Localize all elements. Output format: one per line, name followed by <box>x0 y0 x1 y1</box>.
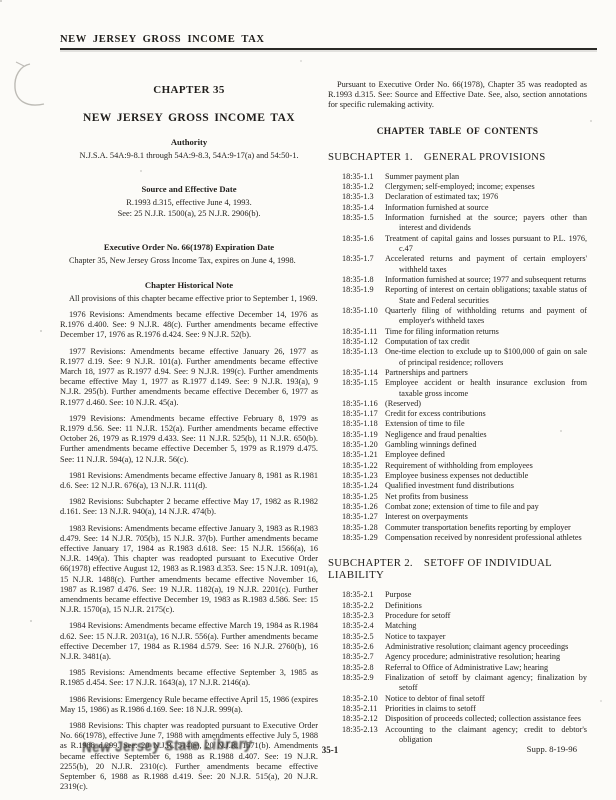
document-page: NEW JERSEY GROSS INCOME TAX CHAPTER 35 N… <box>0 0 616 800</box>
toc-entry-number: 18:35-2.9 <box>342 673 382 694</box>
toc-entry-label: Interest on overpayments <box>382 512 587 522</box>
toc-entry-label: (Reserved) <box>382 399 587 409</box>
page-footer: New Jersey State Library 35-1 Supp. 8-19… <box>0 736 616 770</box>
toc-entry-label: Procedure for setoff <box>382 611 587 621</box>
toc-entry: 18:35-2.2 Definitions <box>328 601 587 611</box>
toc-entry-number: 18:35-1.13 <box>342 347 382 368</box>
toc-entry-label: Notice to taxpayer <box>382 632 587 642</box>
historical-paragraph: 1977 Revisions: Amendments became effect… <box>60 347 318 408</box>
toc-entry-number: 18:35-2.7 <box>342 652 382 662</box>
toc-entry-label: Administrative resolution; claimant agen… <box>382 642 587 652</box>
toc-entry-label: Quarterly filing of withholding returns … <box>382 306 587 327</box>
toc-entry: 18:35-1.11 Time for filing information r… <box>328 327 587 337</box>
historical-note-paragraphs: All provisions of this chapter became ef… <box>60 294 318 793</box>
toc-entry-number: 18:35-2.11 <box>342 704 382 714</box>
toc-entry-label: Requirement of withholding from employee… <box>382 461 587 471</box>
subchapter-1-number: SUBCHAPTER 1. <box>328 151 413 163</box>
subchapter-1-heading: SUBCHAPTER 1.GENERAL PROVISIONS <box>328 151 587 163</box>
toc-entry: 18:35-1.10 Quarterly filing of withholdi… <box>328 306 587 327</box>
toc-entry: 18:35-1.9 Reporting of interest on certa… <box>328 285 587 306</box>
toc-entry-number: 18:35-1.5 <box>342 213 382 234</box>
toc-entry-label: Information furnished at source <box>382 203 587 213</box>
toc-entry: 18:35-1.22 Requirement of withholding fr… <box>328 461 587 471</box>
toc-entry-number: 18:35-2.12 <box>342 714 382 724</box>
historical-paragraph: All provisions of this chapter became ef… <box>60 294 318 304</box>
subchapter-2-entries: 18:35-2.1 Purpose 18:35-2.2 Definitions … <box>328 590 587 745</box>
historical-paragraph: 1981 Revisions: Amendments became effect… <box>60 471 318 491</box>
toc-entry-number: 18:35-2.2 <box>342 601 382 611</box>
toc-entry-label: Combat zone; extension of time to file a… <box>382 502 587 512</box>
toc-entry: 18:35-1.26 Combat zone; extension of tim… <box>328 502 587 512</box>
toc-entry-label: Purpose <box>382 590 587 600</box>
toc-entry-label: Extension of time to file <box>382 419 587 429</box>
toc-entry-number: 18:35-1.26 <box>342 502 382 512</box>
toc-entry-label: Compensation received by nonresident pro… <box>382 533 587 543</box>
toc-entry-label: One-time election to exclude up to $100,… <box>382 347 587 368</box>
toc-entry-label: Finalization of setoff by claimant agenc… <box>382 673 587 694</box>
toc-entry-number: 18:35-1.17 <box>342 409 382 419</box>
toc-entry-label: Reporting of interest on certain obligat… <box>382 285 587 306</box>
exec-order-text: Chapter 35, New Jersey Gross Income Tax,… <box>60 256 318 266</box>
toc-entry-label: Matching <box>382 621 587 631</box>
toc-entry-label: Agency procedure; administrative resolut… <box>382 652 587 662</box>
toc-entry-number: 18:35-1.14 <box>342 368 382 378</box>
toc-entry: 18:35-1.21 Employee defined <box>328 450 587 460</box>
subchapter-1-entries: 18:35-1.1 Summer payment plan 18:35-1.2 … <box>328 172 587 544</box>
toc-entry: 18:35-2.7 Agency procedure; administrati… <box>328 652 587 662</box>
toc-entry-number: 18:35-1.15 <box>342 378 382 399</box>
toc-entry-label: Accelerated returns and payment of certa… <box>382 254 587 275</box>
supplement-date: Supp. 8-19-96 <box>527 744 577 754</box>
toc-entry-number: 18:35-1.1 <box>342 172 382 182</box>
toc-entry-number: 18:35-2.3 <box>342 611 382 621</box>
toc-entry-number: 18:35-1.29 <box>342 533 382 543</box>
toc-entry: 18:35-2.5 Notice to taxpayer <box>328 632 587 642</box>
toc-entry: 18:35-1.29 Compensation received by nonr… <box>328 533 587 543</box>
historical-paragraph: 1986 Revisions: Emergency Rule became ef… <box>60 695 318 715</box>
toc-entry-label: Commuter transportation benefits reporti… <box>382 523 587 533</box>
toc-heading: CHAPTER TABLE OF CONTENTS <box>328 127 587 137</box>
source-line: See: 25 N.J.R. 1500(a), 25 N.J.R. 2906(b… <box>60 209 318 220</box>
toc-entry: 18:35-1.17 Credit for excess contributio… <box>328 409 587 419</box>
toc-entry-label: Declaration of estimated tax; 1976 <box>382 192 587 202</box>
readoption-note: Pursuant to Executive Order No. 66(1978)… <box>328 80 587 111</box>
historical-paragraph: 1984 Revisions: Amendments became effect… <box>60 621 318 662</box>
toc-entry: 18:35-1.15 Employee accident or health i… <box>328 378 587 399</box>
toc-entry-number: 18:35-1.20 <box>342 440 382 450</box>
toc-entry: 18:35-1.16 (Reserved) <box>328 399 587 409</box>
source-heading: Source and Effective Date <box>60 184 318 194</box>
toc-entry-number: 18:35-2.10 <box>342 694 382 704</box>
left-column: CHAPTER 35 NEW JERSEY GROSS INCOME TAX A… <box>60 76 318 798</box>
historical-paragraph: 1982 Revisions: Subchapter 2 became effe… <box>60 497 318 517</box>
toc-entry-number: 18:35-1.25 <box>342 492 382 502</box>
chapter-title: NEW JERSEY GROSS INCOME TAX <box>60 112 318 124</box>
toc-entry: 18:35-1.2 Clergymen; self-employed; inco… <box>328 182 587 192</box>
toc-entry: 18:35-1.1 Summer payment plan <box>328 172 587 182</box>
toc-entry-label: Summer payment plan <box>382 172 587 182</box>
historical-note-heading: Chapter Historical Note <box>60 280 318 290</box>
subchapter-1-block: SUBCHAPTER 1.GENERAL PROVISIONS 18:35-1.… <box>328 151 587 544</box>
toc-entry: 18:35-1.19 Negligence and fraud penaltie… <box>328 430 587 440</box>
toc-entry-label: Net profits from business <box>382 492 587 502</box>
toc-entry: 18:35-1.8 Information furnished at sourc… <box>328 275 587 285</box>
header-rule <box>60 48 597 50</box>
exec-order-heading: Executive Order No. 66(1978) Expiration … <box>60 242 318 252</box>
toc-entry: 18:35-1.23 Employee business expenses no… <box>328 471 587 481</box>
two-column-body: CHAPTER 35 NEW JERSEY GROSS INCOME TAX A… <box>60 76 587 798</box>
toc-entry: 18:35-2.12 Disposition of proceeds colle… <box>328 714 587 724</box>
toc-entry-number: 18:35-2.4 <box>342 621 382 631</box>
right-column: Pursuant to Executive Order No. 66(1978)… <box>328 76 587 798</box>
authority-heading: Authority <box>60 137 318 147</box>
toc-entry-label: Time for filing information returns <box>382 327 587 337</box>
toc-entry: 18:35-2.4 Matching <box>328 621 587 631</box>
historical-paragraph: 1976 Revisions: Amendments became effect… <box>60 310 318 341</box>
page-header: NEW JERSEY GROSS INCOME TAX <box>60 34 597 50</box>
toc-entry: 18:35-1.28 Commuter transportation benef… <box>328 523 587 533</box>
toc-entry-number: 18:35-1.28 <box>342 523 382 533</box>
toc-entry-number: 18:35-1.8 <box>342 275 382 285</box>
toc-entry-number: 18:35-1.10 <box>342 306 382 327</box>
toc-entry-number: 18:35-2.6 <box>342 642 382 652</box>
toc-entry: 18:35-2.8 Referral to Office of Administ… <box>328 663 587 673</box>
toc-entry-number: 18:35-1.6 <box>342 234 382 255</box>
toc-entry-label: Negligence and fraud penalties <box>382 430 587 440</box>
toc-entry: 18:35-1.20 Gambling winnings defined <box>328 440 587 450</box>
scan-artifact-curve <box>10 60 54 116</box>
toc-entry: 18:35-2.6 Administrative resolution; cla… <box>328 642 587 652</box>
toc-entry: 18:35-2.10 Notice to debtor of final set… <box>328 694 587 704</box>
running-head: NEW JERSEY GROSS INCOME TAX <box>60 34 597 45</box>
toc-entry-number: 18:35-1.24 <box>342 481 382 491</box>
toc-entry-number: 18:35-1.23 <box>342 471 382 481</box>
toc-entry: 18:35-1.13 One-time election to exclude … <box>328 347 587 368</box>
toc-entry-label: Disposition of proceeds collected; colle… <box>382 714 587 724</box>
toc-entry-number: 18:35-1.19 <box>342 430 382 440</box>
toc-entry-number: 18:35-1.4 <box>342 203 382 213</box>
toc-entry: 18:35-1.14 Partnerships and partners <box>328 368 587 378</box>
toc-entry-number: 18:35-1.2 <box>342 182 382 192</box>
subchapter-2-heading: SUBCHAPTER 2.SETOFF OF INDIVIDUAL LIABIL… <box>328 557 587 581</box>
toc-entry-number: 18:35-2.1 <box>342 590 382 600</box>
toc-entry: 18:35-1.18 Extension of time to file <box>328 419 587 429</box>
historical-paragraph: 1985 Revisions: Amendments became effect… <box>60 668 318 688</box>
source-line: R.1993 d.315, effective June 4, 1993. <box>60 198 318 209</box>
toc-entry: 18:35-1.6 Treatment of capital gains and… <box>328 234 587 255</box>
toc-entry-label: Priorities in claims to setoff <box>382 704 587 714</box>
toc-entry-label: Employee accident or health insurance ex… <box>382 378 587 399</box>
toc-entry-label: Referral to Office of Administrative Law… <box>382 663 587 673</box>
toc-entry-label: Gambling winnings defined <box>382 440 587 450</box>
toc-entry: 18:35-2.1 Purpose <box>328 590 587 600</box>
toc-entry-label: Employee defined <box>382 450 587 460</box>
toc-entry-number: 18:35-1.9 <box>342 285 382 306</box>
toc-entry-label: Partnerships and partners <box>382 368 587 378</box>
toc-entry: 18:35-1.25 Net profits from business <box>328 492 587 502</box>
toc-entry: 18:35-2.11 Priorities in claims to setof… <box>328 704 587 714</box>
toc-entry-number: 18:35-1.21 <box>342 450 382 460</box>
toc-entry-label: Clergymen; self-employed; income; expens… <box>382 182 587 192</box>
toc-entry: 18:35-1.12 Computation of tax credit <box>328 337 587 347</box>
toc-entry: 18:35-1.24 Qualified investment fund dis… <box>328 481 587 491</box>
toc-entry: 18:35-2.9 Finalization of setoff by clai… <box>328 673 587 694</box>
toc-entry: 18:35-2.3 Procedure for setoff <box>328 611 587 621</box>
toc-entry-label: Definitions <box>382 601 587 611</box>
toc-entry: 18:35-1.3 Declaration of estimated tax; … <box>328 192 587 202</box>
toc-entry-label: Information furnished at the source; pay… <box>382 213 587 234</box>
toc-entry: 18:35-1.7 Accelerated returns and paymen… <box>328 254 587 275</box>
toc-entry-label: Computation of tax credit <box>382 337 587 347</box>
toc-entry-label: Notice to debtor of final setoff <box>382 694 587 704</box>
toc-entry: 18:35-1.27 Interest on overpayments <box>328 512 587 522</box>
toc-entry: 18:35-1.5 Information furnished at the s… <box>328 213 587 234</box>
toc-entry-label: Qualified investment fund distributions <box>382 481 587 491</box>
toc-entry-label: Treatment of capital gains and losses pu… <box>382 234 587 255</box>
scan-speckles <box>0 0 2 2</box>
toc-entry-number: 18:35-1.12 <box>342 337 382 347</box>
toc-entry-label: Information furnished at source; 1977 an… <box>382 275 587 285</box>
toc-entry-number: 18:35-1.7 <box>342 254 382 275</box>
toc-entry-number: 18:35-1.27 <box>342 512 382 522</box>
subchapter-2-number: SUBCHAPTER 2. <box>328 557 413 569</box>
subchapter-2-block: SUBCHAPTER 2.SETOFF OF INDIVIDUAL LIABIL… <box>328 557 587 745</box>
authority-text: N.J.S.A. 54A:9-8.1 through 54A:9-8.3, 54… <box>60 151 318 162</box>
toc-entry-number: 18:35-1.16 <box>342 399 382 409</box>
toc-entry-number: 18:35-1.18 <box>342 419 382 429</box>
toc-entry-label: Credit for excess contributions <box>382 409 587 419</box>
historical-paragraph: 1983 Revisions: Amendments became effect… <box>60 524 318 616</box>
toc-entry-number: 18:35-1.22 <box>342 461 382 471</box>
toc-entry-number: 18:35-2.5 <box>342 632 382 642</box>
toc-entry-label: Employee business expenses not deductibl… <box>382 471 587 481</box>
toc-entry-number: 18:35-1.3 <box>342 192 382 202</box>
toc-entry-number: 18:35-2.8 <box>342 663 382 673</box>
chapter-number-heading: CHAPTER 35 <box>60 84 318 96</box>
subchapter-1-title: GENERAL PROVISIONS <box>424 151 546 163</box>
historical-paragraph: 1979 Revisions: Amendments became effect… <box>60 414 318 465</box>
toc-entry-number: 18:35-1.11 <box>342 327 382 337</box>
toc-entry: 18:35-1.4 Information furnished at sourc… <box>328 203 587 213</box>
